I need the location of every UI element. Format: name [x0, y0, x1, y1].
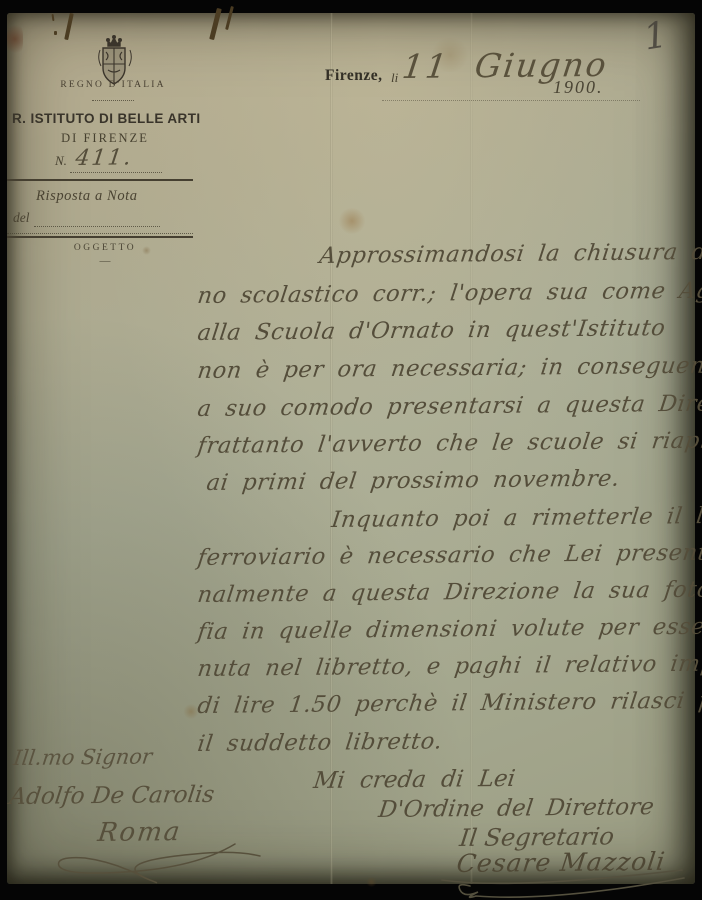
- subject-dash: —: [30, 255, 180, 267]
- signature-flourish: [432, 856, 692, 898]
- body-line: alla Scuola d'Ornato in quest'Istituto: [196, 315, 667, 346]
- number-fill-line: [70, 172, 162, 173]
- divider-dotted: [92, 100, 134, 101]
- body-line: Inquanto poi a rimetterle il libretto: [330, 502, 702, 533]
- recipient-flourish: [45, 838, 275, 886]
- protocol-number-label: N.: [55, 153, 67, 169]
- closing-order-line: D'Ordine del Direttore: [377, 794, 656, 823]
- divider-dotted: [7, 233, 193, 234]
- body-line: non è per ora necessaria; in conseguenza…: [196, 352, 702, 384]
- body-line: ferroviario è necessario che Lei present…: [196, 539, 702, 571]
- dateline-year: 1900.: [553, 77, 604, 98]
- letterhead-institute: R. ISTITUTO DI BELLE ARTI: [12, 111, 198, 126]
- reply-to-note-label: Risposta a Nota: [36, 188, 138, 205]
- subject-label: OGGETTO: [30, 243, 180, 253]
- body-line: il suddetto libretto.: [196, 728, 444, 757]
- body-line: ai primi del prossimo novembre.: [205, 466, 621, 496]
- body-line: nuta nel libretto, e paghi il relativo i…: [196, 650, 702, 682]
- dateline-fill-line: [382, 100, 640, 101]
- body-line: Approssimandosi la chiusura dell'an-: [318, 238, 702, 269]
- body-line: frattanto l'avverto che le scuole si ria…: [196, 427, 702, 459]
- recipient-honorific: Ill.mo Signor: [12, 745, 154, 770]
- letterhead-kingdom: REGNO D'ITALIA: [40, 80, 186, 90]
- del-fill-line: [34, 226, 160, 227]
- body-line: no scolastico corr.; l'opera sua come Ag…: [196, 277, 702, 309]
- letterhead-city: DI FIRENZE: [12, 131, 198, 146]
- protocol-number-value: 411.: [74, 145, 134, 171]
- reply-del-label: del: [13, 210, 30, 226]
- body-line: fia in quelle dimensioni volute per esse…: [196, 613, 702, 645]
- recipient-name: Adolfo De Carolis: [8, 782, 216, 810]
- dateline-place: Firenze,: [325, 67, 383, 85]
- dateline-li: li: [391, 70, 398, 86]
- body-line: nalmente a questa Direzione la sua fotog…: [196, 576, 702, 608]
- scanned-letter-photo: 1 REGNO D'ITALIA R. ISTITUTO DI BELLE AR…: [0, 0, 702, 900]
- closing-valediction: Mi creda di Lei: [312, 766, 517, 794]
- letterhead-rule: [7, 179, 193, 181]
- body-line: di lire 1.50 perchè il Ministero rilasci…: [196, 687, 702, 719]
- body-line: a suo comodo presentarsi a questa Direzi…: [196, 390, 702, 422]
- ink-mark: [54, 31, 57, 35]
- letterhead-rule: [7, 236, 193, 238]
